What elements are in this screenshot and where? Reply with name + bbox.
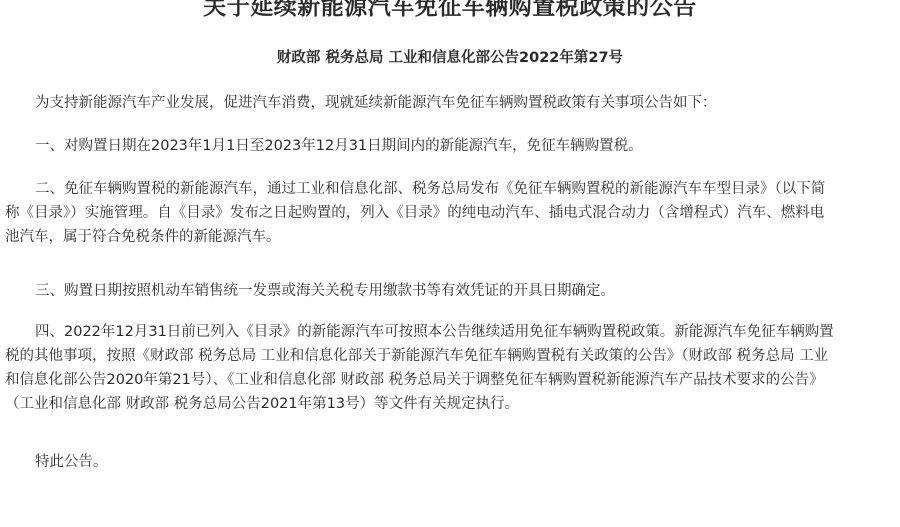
paragraph-line: 特此公告。 bbox=[5, 450, 895, 474]
paragraph-line: 四、2022年12月31日前已列入《目录》的新能源汽车可按照本公告继续适用免征车… bbox=[5, 320, 895, 344]
paragraph-line: 一、对购置日期在2023年1月1日至2023年12月31日期间内的新能源汽车，免… bbox=[5, 134, 895, 158]
document-subtitle: 财政部 税务总局 工业和信息化部公告2022年第27号 bbox=[0, 46, 900, 67]
paragraph-line: 称《目录》）实施管理。自《目录》发布之日起购置的，列入《目录》的纯电动汽车、插电… bbox=[5, 201, 895, 225]
paragraph-item-3: 三、购置日期按照机动车销售统一发票或海关关税专用缴款书等有效凭证的开具日期确定。 bbox=[5, 279, 895, 303]
paragraph-intro: 为支持新能源汽车产业发展，促进汽车消费，现就延续新能源汽车免征车辆购置税政策有关… bbox=[5, 91, 895, 115]
paragraph-line: 税的其他事项，按照《财政部 税务总局 工业和信息化部关于新能源汽车免征车辆购置税… bbox=[5, 344, 895, 368]
paragraph-item-4: 四、2022年12月31日前已列入《目录》的新能源汽车可按照本公告继续适用免征车… bbox=[5, 320, 895, 416]
paragraph-line: （工业和信息化部 财政部 税务总局公告2021年第13号）等文件有关规定执行。 bbox=[5, 392, 895, 416]
paragraph-line: 为支持新能源汽车产业发展，促进汽车消费，现就延续新能源汽车免征车辆购置税政策有关… bbox=[5, 91, 895, 115]
paragraph-line: 三、购置日期按照机动车销售统一发票或海关关税专用缴款书等有效凭证的开具日期确定。 bbox=[5, 279, 895, 303]
paragraph-line: 池汽车，属于符合免税条件的新能源汽车。 bbox=[5, 225, 895, 249]
paragraph-line: 和信息化部公告2020年第21号）、《工业和信息化部 财政部 税务总局关于调整免… bbox=[5, 368, 895, 392]
paragraph-closing: 特此公告。 bbox=[5, 450, 895, 474]
paragraph-item-1: 一、对购置日期在2023年1月1日至2023年12月31日期间内的新能源汽车，免… bbox=[5, 134, 895, 158]
paragraph-line: 二、免征车辆购置税的新能源汽车，通过工业和信息化部、税务总局发布《免征车辆购置税… bbox=[5, 177, 895, 201]
document-title: 关于延续新能源汽车免征车辆购置税政策的公告 bbox=[0, 0, 900, 21]
paragraph-item-2: 二、免征车辆购置税的新能源汽车，通过工业和信息化部、税务总局发布《免征车辆购置税… bbox=[5, 177, 895, 249]
